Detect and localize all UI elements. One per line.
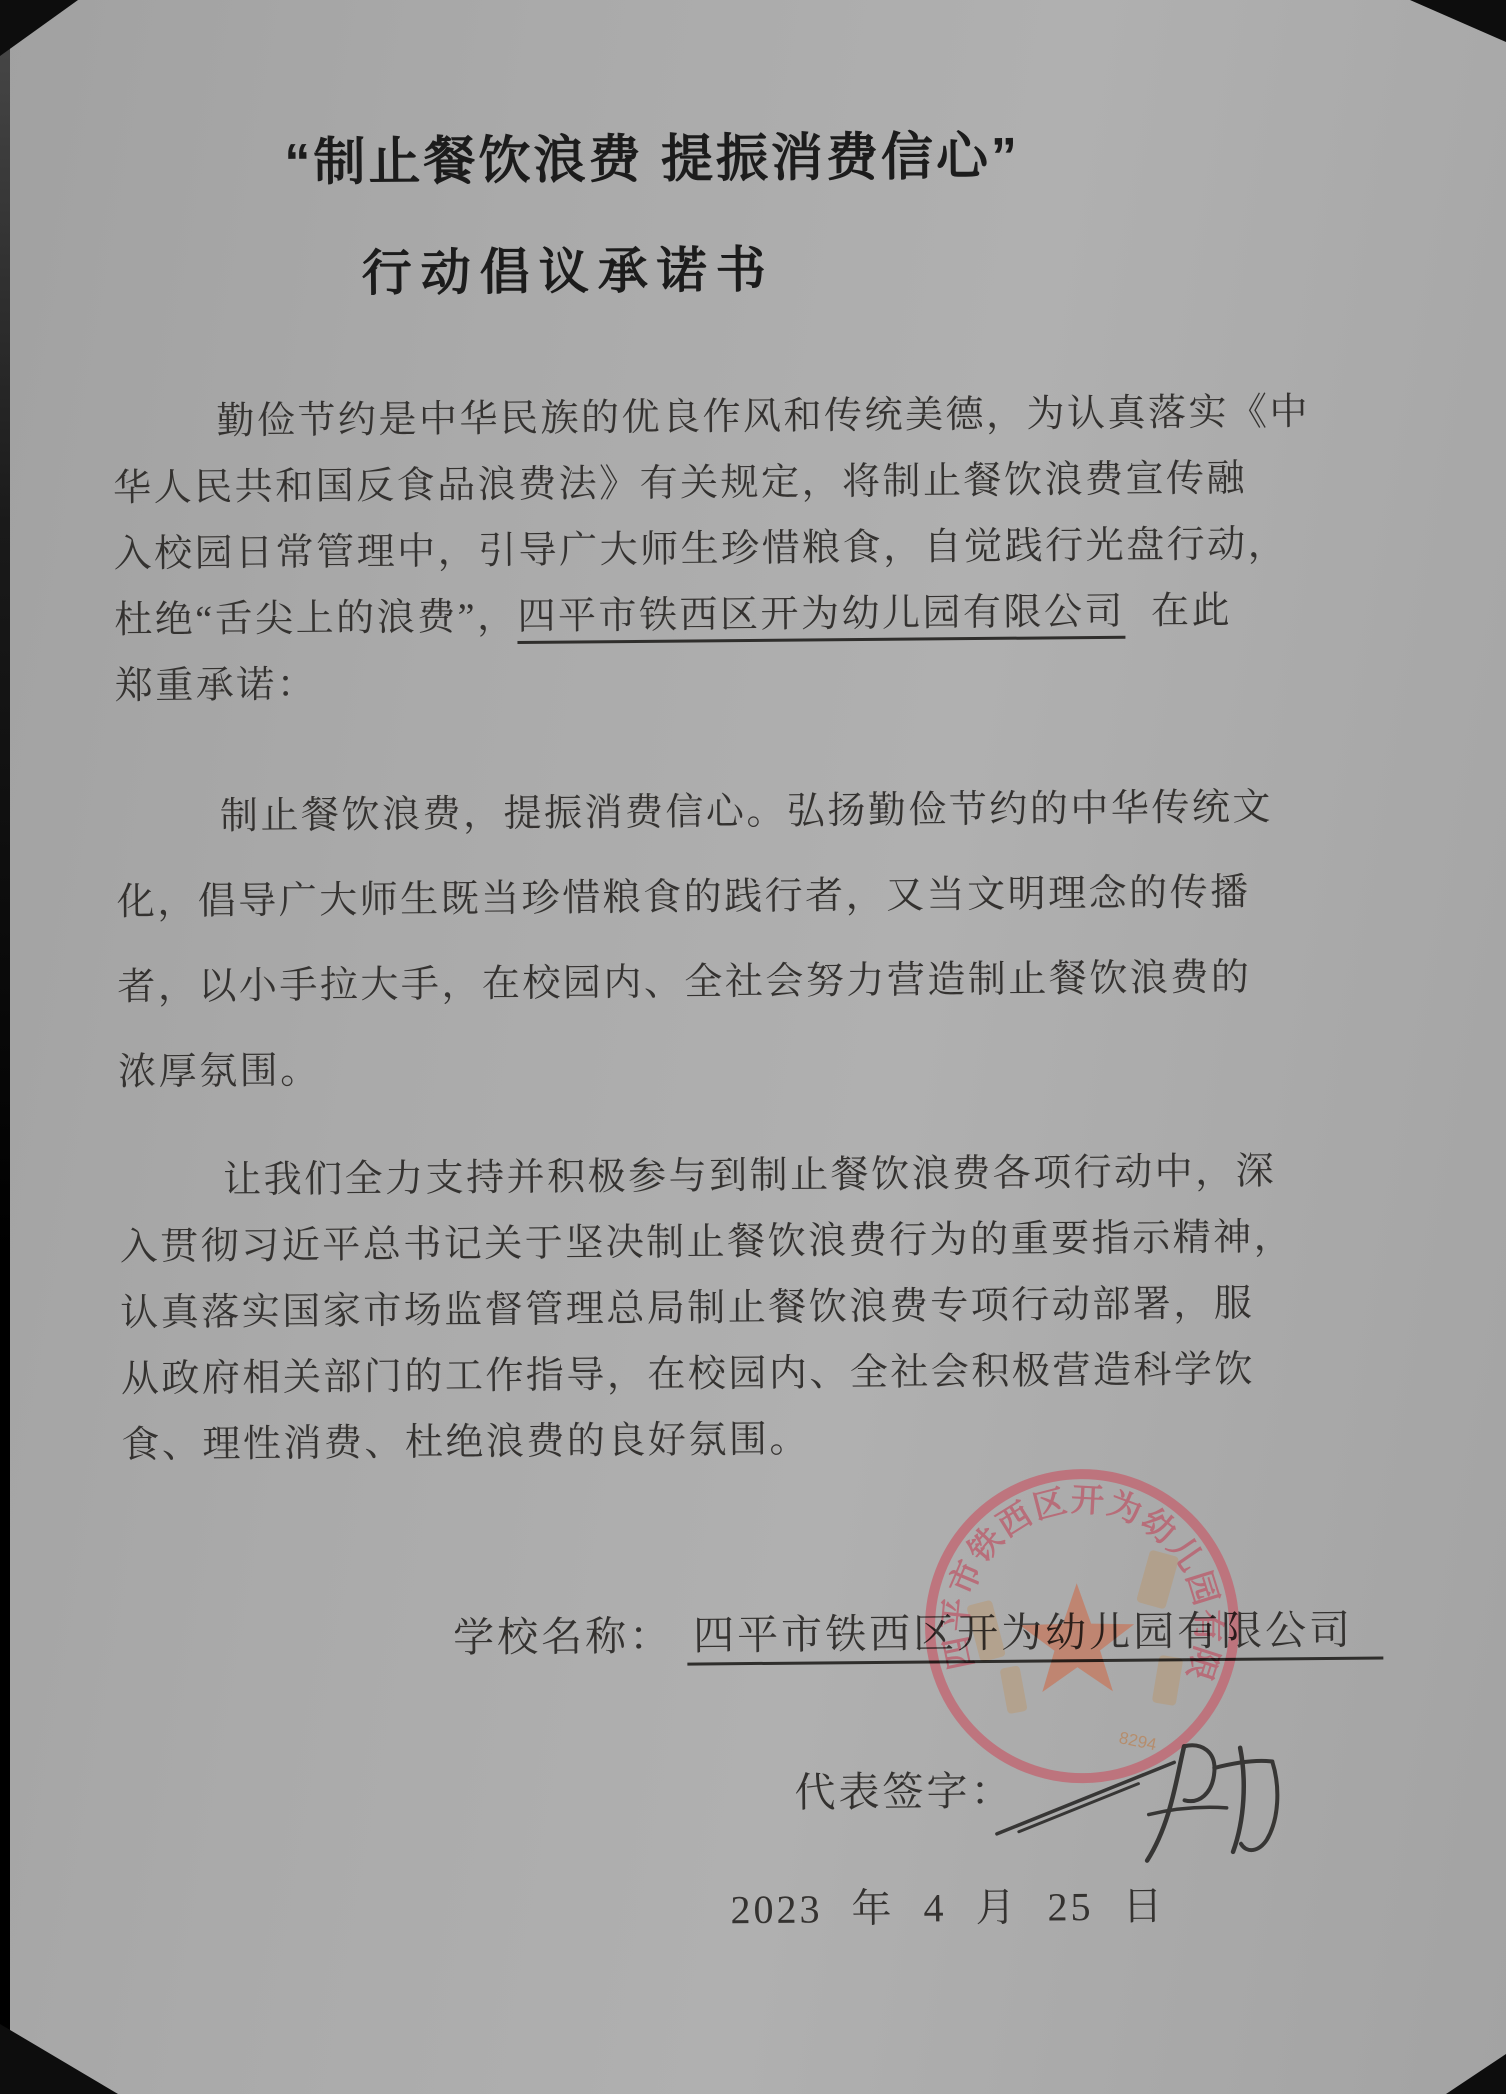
document-date: 2023 年 4 月 25 日 xyxy=(730,1874,1165,1935)
paragraph-line: 入贯彻习近平总书记关于坚决制止餐饮浪费行为的重要指示精神， xyxy=(119,1204,1300,1280)
paragraph-line: 郑重承诺： xyxy=(115,643,1296,719)
paragraph-line-with-school-name: 杜绝“舌尖上的浪费”，四平市铁西区开为幼儿园有限公司在此 xyxy=(114,577,1295,653)
paragraph-line: 制止餐饮浪费，提振消费信心。弘扬勤俭节约的中华传统文 xyxy=(116,765,1297,860)
paragraph-line: 浓厚氛围。 xyxy=(118,1020,1299,1115)
document-content: “制止餐饮浪费 提振消费信心” 行动倡议承诺书 勤俭节约是中华民族的优良作风和传… xyxy=(0,0,1506,2094)
stamp-star-icon xyxy=(1020,1583,1135,1692)
school-name-label: 学校名称： xyxy=(453,1613,673,1661)
paragraph-line: 化，倡导广大师生既当珍惜粮食的践行者，又当文明理念的传播 xyxy=(116,850,1297,945)
paragraph-line: 者，以小手拉大手，在校园内、全社会努力营造制止餐饮浪费的 xyxy=(117,935,1298,1030)
paragraph-line: 入校园日常管理中，引导广大师生珍惜粮食，自觉践行光盘行动， xyxy=(113,511,1294,587)
line-post-text: 在此 xyxy=(1151,590,1232,633)
paragraph-commitment-1: 制止餐饮浪费，提振消费信心。弘扬勤俭节约的中华传统文 化，倡导广大师生既当珍惜粮… xyxy=(116,765,1299,1115)
scanned-document-page: “制止餐饮浪费 提振消费信心” 行动倡议承诺书 勤俭节约是中华民族的优良作风和传… xyxy=(0,0,1506,2094)
representative-signature-line: 代表签字： xyxy=(794,1758,1015,1819)
document-title-line2: 行动倡议承诺书 xyxy=(0,227,1143,309)
paragraph-line: 认真落实国家市场监督管理总局制止餐饮浪费专项行动部署，服 xyxy=(120,1270,1301,1346)
handwritten-signature xyxy=(988,1727,1329,1880)
paragraph-line: 让我们全力支持并积极参与到制止餐饮浪费各项行动中，深 xyxy=(119,1138,1300,1214)
paragraph-line: 华人民共和国反食品浪费法》有关规定，将制止餐饮浪费宣传融 xyxy=(113,445,1294,521)
document-title-line1: “制止餐饮浪费 提振消费信心” xyxy=(0,111,1313,198)
paragraph-intro: 勤俭节约是中华民族的优良作风和传统美德，为认真落实《中 华人民共和国反食品浪费法… xyxy=(112,379,1295,719)
signature-label: 代表签字： xyxy=(794,1768,1014,1816)
paragraph-line: 勤俭节约是中华民族的优良作风和传统美德，为认真落实《中 xyxy=(112,379,1293,455)
paragraph-commitment-2: 让我们全力支持并积极参与到制止餐饮浪费各项行动中，深 入贯彻习近平总书记关于坚决… xyxy=(119,1138,1302,1478)
scan-edge-left xyxy=(0,0,10,2094)
paragraph-line: 从政府相关部门的工作指导，在校园内、全社会积极营造科学饮 xyxy=(121,1336,1302,1412)
line-pre-text: 杜绝“舌尖上的浪费”， xyxy=(114,596,518,642)
school-name-inline-underlined: 四平市铁西区开为幼儿园有限公司 xyxy=(517,591,1125,644)
